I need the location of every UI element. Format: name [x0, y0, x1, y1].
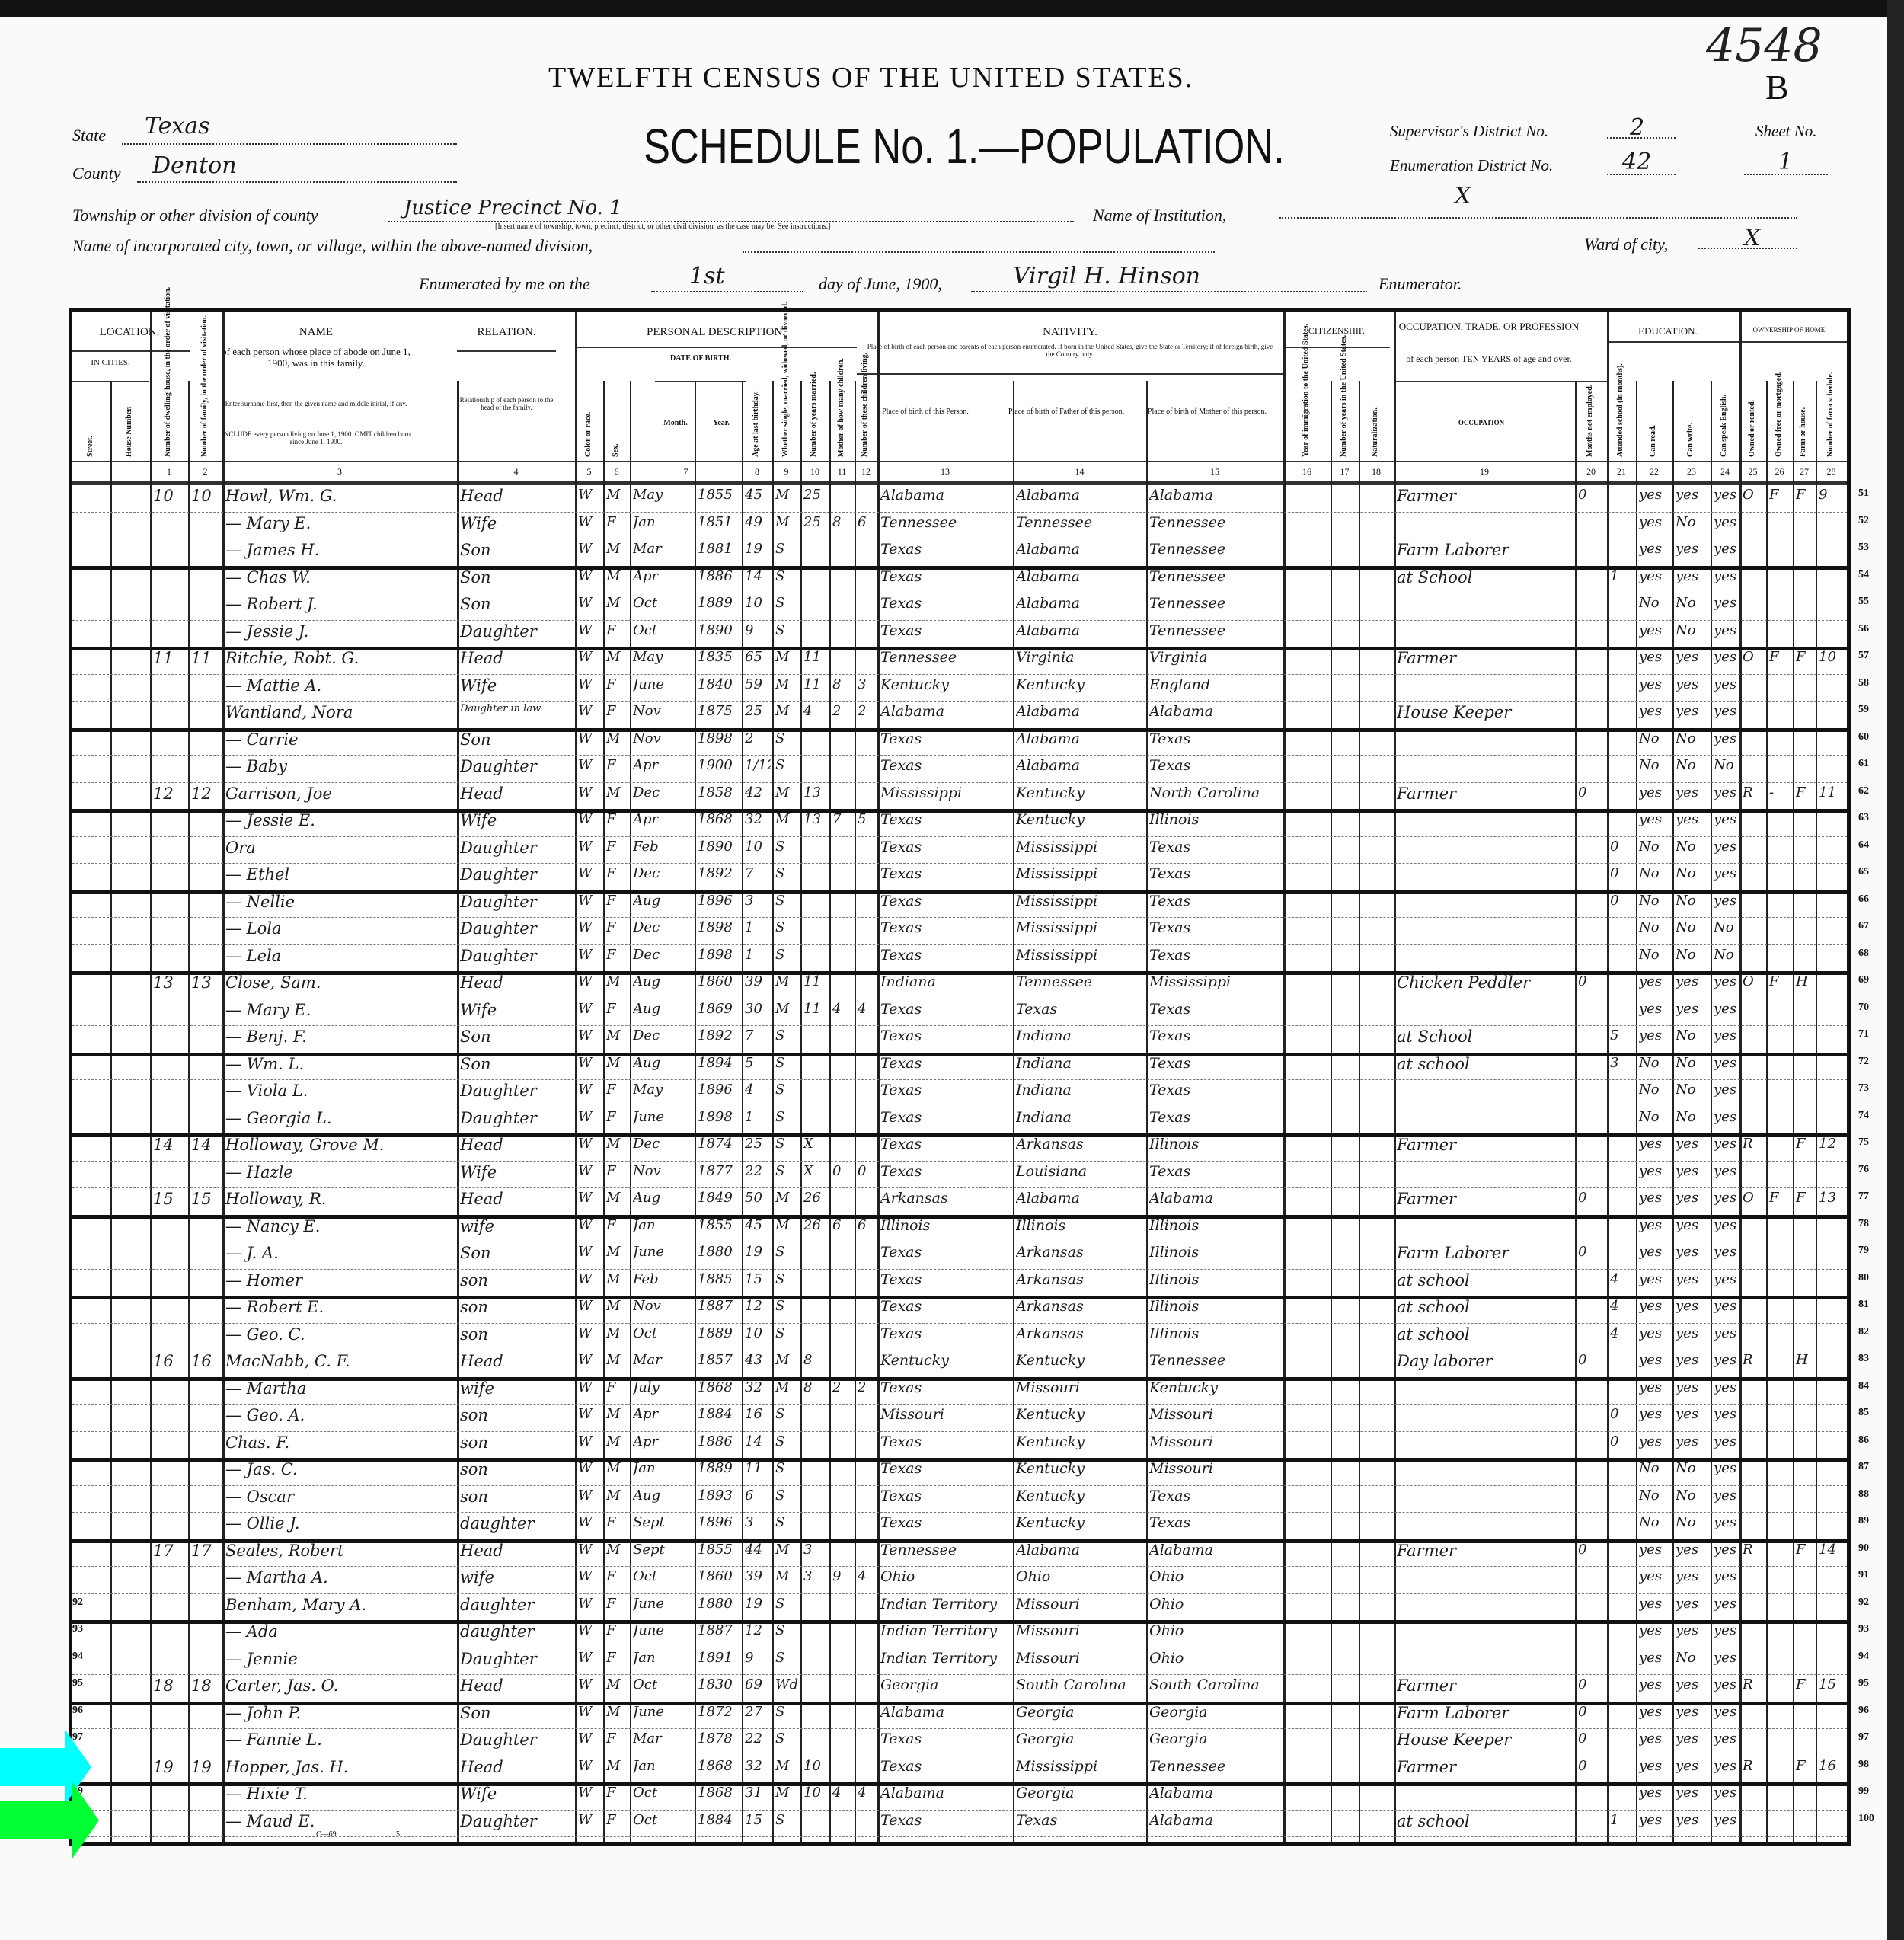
- cell-moc: 8: [832, 676, 853, 692]
- header-school: Attended school (in months).: [1616, 385, 1624, 457]
- cell-pob: Texas: [880, 1758, 1011, 1775]
- cell-pobm: Ohio: [1149, 1622, 1282, 1639]
- cell-sch: 1: [1610, 568, 1634, 584]
- cell-rel: Daughter: [460, 947, 573, 965]
- cell-own: O: [1743, 649, 1765, 665]
- cell-eng: yes: [1714, 1460, 1738, 1476]
- cell-color: W: [578, 811, 602, 827]
- cell-color: W: [578, 676, 602, 692]
- table-row: — Jessie J.DaughterWFOct18909STexasAlaba…: [72, 621, 1847, 651]
- cell-read: yes: [1639, 1190, 1671, 1206]
- form-number: 7-224.: [944, 6, 974, 19]
- cell-age: 44: [745, 1542, 771, 1558]
- cell-name: Garrison, Joe: [225, 785, 455, 803]
- cell-farm: F: [1796, 649, 1814, 665]
- cell-mar: M: [775, 811, 799, 827]
- column-number: 19: [1394, 466, 1575, 478]
- stamp-number: 4548: [1706, 19, 1823, 72]
- header-dob: DATE OF BIRTH.: [655, 354, 746, 363]
- cell-eng: yes: [1714, 1488, 1738, 1504]
- cell-pobf: Mississippi: [1016, 839, 1145, 855]
- cell-unemp: 0: [1578, 973, 1605, 989]
- cell-month: Aug: [633, 1001, 693, 1017]
- cell-age: 39: [745, 973, 771, 989]
- cell-color: W: [578, 487, 602, 503]
- cell-mar: M: [775, 1568, 799, 1584]
- line-number-right: 55: [1858, 596, 1869, 608]
- cell-sex: F: [606, 1001, 628, 1017]
- header-write: Can write.: [1686, 385, 1695, 457]
- cell-read: yes: [1639, 1163, 1671, 1179]
- cell-pobm: Tennessee: [1149, 1352, 1282, 1369]
- cell-pob: Texas: [880, 1460, 1011, 1477]
- cell-eng: yes: [1714, 1136, 1738, 1152]
- cell-name: Hopper, Jas. H.: [225, 1758, 455, 1776]
- cell-pob: Texas: [880, 1271, 1011, 1288]
- cell-sex: M: [606, 1406, 628, 1422]
- cell-mar: S: [775, 1433, 799, 1449]
- cell-write: yes: [1676, 1785, 1709, 1801]
- cell-name: — Nellie: [225, 893, 455, 911]
- cell-mar: S: [775, 1244, 799, 1260]
- cell-write: yes: [1676, 811, 1709, 827]
- cell-eng: yes: [1714, 1271, 1738, 1287]
- cell-year: 1874: [698, 1136, 740, 1152]
- line-number-right: 57: [1858, 650, 1869, 662]
- cell-age: 15: [745, 1271, 771, 1287]
- cell-pob: Alabama: [880, 703, 1011, 720]
- cell-write: yes: [1676, 1568, 1709, 1584]
- sheet-value: 1: [1778, 149, 1793, 175]
- cell-unemp: 0: [1578, 1758, 1605, 1774]
- cell-rel: Head: [460, 1190, 573, 1208]
- cell-rel: Head: [460, 649, 573, 667]
- line-number-right: 77: [1858, 1191, 1869, 1203]
- cell-year: 1896: [698, 1082, 740, 1098]
- header-immigration: Year of immigration to the United States…: [1302, 385, 1310, 457]
- cell-sex: M: [606, 1271, 628, 1287]
- cell-color: W: [578, 1163, 602, 1179]
- cell-mar: S: [775, 1488, 799, 1504]
- cell-pobm: Texas: [1149, 1001, 1282, 1018]
- cell-eng: yes: [1714, 1514, 1738, 1530]
- cell-pobm: Mississippi: [1149, 973, 1282, 990]
- cell-name: — Geo. C.: [225, 1325, 455, 1344]
- cell-unemp: 0: [1578, 1352, 1605, 1368]
- cell-sex: M: [606, 649, 628, 665]
- cell-name: — Geo. A.: [225, 1406, 455, 1424]
- state-label: State: [72, 126, 106, 145]
- line-number-right: 90: [1858, 1542, 1869, 1555]
- cell-month: July: [633, 1379, 693, 1395]
- cell-pob: Indian Territory: [880, 1596, 1011, 1612]
- cell-mar: S: [775, 1325, 799, 1341]
- cell-write: yes: [1676, 1244, 1709, 1260]
- line-number-left: 95: [72, 1677, 83, 1689]
- cell-write: No: [1676, 514, 1709, 530]
- institution-line: [1279, 217, 1797, 219]
- cell-read: No: [1639, 865, 1671, 881]
- cell-pobm: Illinois: [1149, 1325, 1282, 1342]
- line-number-right: 87: [1858, 1461, 1869, 1473]
- column-number: 28: [1816, 466, 1847, 478]
- cell-pobm: Texas: [1149, 947, 1282, 964]
- header-rule: [72, 350, 190, 352]
- cell-name: — Lela: [225, 947, 455, 965]
- cell-pobf: Indiana: [1016, 1109, 1145, 1126]
- cell-eng: yes: [1714, 1406, 1738, 1422]
- cell-eng: yes: [1714, 487, 1738, 503]
- cell-month: Dec: [633, 1136, 693, 1152]
- cell-dw: 16: [153, 1352, 187, 1370]
- cell-sch: 0: [1610, 865, 1634, 881]
- cell-write: yes: [1676, 1379, 1709, 1395]
- cell-sex: M: [606, 1676, 628, 1692]
- cell-own: R: [1743, 1352, 1765, 1368]
- column-number: 25: [1739, 466, 1766, 478]
- cell-farm: F: [1796, 1758, 1814, 1774]
- cell-occ: Farmer: [1397, 487, 1573, 505]
- cell-color: W: [578, 865, 602, 881]
- cell-year: 1835: [698, 649, 740, 665]
- cell-eng: yes: [1714, 785, 1738, 801]
- cell-read: yes: [1639, 1785, 1671, 1801]
- cell-eng: yes: [1714, 514, 1738, 530]
- cell-farm: F: [1796, 1136, 1814, 1152]
- cell-year: 1868: [698, 1379, 740, 1395]
- cell-mar: S: [775, 865, 799, 881]
- cell-pobf: Kentucky: [1016, 1352, 1145, 1369]
- cell-color: W: [578, 1217, 602, 1233]
- cell-pobm: Tennessee: [1149, 514, 1282, 531]
- cell-year: 1880: [698, 1596, 740, 1612]
- cell-name: — Robert J.: [225, 595, 455, 613]
- cell-pobm: Texas: [1149, 730, 1282, 747]
- cell-month: Oct: [633, 1568, 693, 1584]
- cell-eng: No: [1714, 757, 1738, 773]
- cell-write: yes: [1676, 568, 1709, 584]
- table-row: 1313Close, Sam.HeadWMAug186039M11Indiana…: [72, 972, 1847, 999]
- cell-sch: 4: [1610, 1271, 1634, 1287]
- cell-pob: Texas: [880, 1514, 1011, 1531]
- cell-own: R: [1743, 1758, 1765, 1774]
- cell-pob: Texas: [880, 1136, 1011, 1152]
- cell-occ: House Keeper: [1397, 1731, 1573, 1749]
- header-naturalization: Naturalization.: [1371, 385, 1379, 457]
- cell-mar: S: [775, 1082, 799, 1098]
- header-english: Can speak English.: [1720, 385, 1728, 457]
- column-number: 20: [1575, 466, 1607, 478]
- cell-sex: F: [606, 703, 628, 719]
- line-number-right: 95: [1858, 1677, 1869, 1689]
- header-years-married: Number of years married.: [810, 385, 818, 457]
- cell-ym: 26: [803, 1217, 828, 1233]
- cell-pob: Tennessee: [880, 649, 1011, 666]
- column-number: 26: [1766, 466, 1793, 478]
- cell-read: yes: [1639, 1244, 1671, 1260]
- header-year: Year.: [698, 419, 744, 428]
- table-row: — OscarsonWMAug18936STexasKentuckyTexasN…: [72, 1486, 1847, 1513]
- cell-pobm: Texas: [1149, 839, 1282, 855]
- cell-month: Aug: [633, 1488, 693, 1504]
- cell-age: 10: [745, 839, 771, 855]
- cell-age: 43: [745, 1352, 771, 1368]
- cell-pobf: Kentucky: [1016, 1460, 1145, 1477]
- cell-read: yes: [1639, 1812, 1671, 1828]
- cell-pobf: Kentucky: [1016, 785, 1145, 801]
- cell-month: Nov: [633, 1163, 693, 1179]
- cell-month: Aug: [633, 973, 693, 989]
- cell-name: — Lola: [225, 919, 455, 938]
- cell-mar: S: [775, 622, 799, 638]
- cell-year: 1893: [698, 1488, 740, 1504]
- cell-rel: wife: [460, 1217, 573, 1235]
- cell-age: 14: [745, 568, 771, 584]
- table-row: 1919Hopper, Jas. H.HeadWMJan186832M10Tex…: [72, 1756, 1847, 1787]
- header-name: NAME: [221, 326, 411, 339]
- line-number-right: 62: [1858, 785, 1869, 797]
- cell-pob: Texas: [880, 1028, 1011, 1044]
- table-row: — Ollie J.daughterWFSept18963STexasKentu…: [72, 1513, 1847, 1543]
- cell-farm: H: [1796, 1352, 1814, 1368]
- table-row: — Mattie A.WifeWFJune184059M1183Kentucky…: [72, 675, 1847, 702]
- cell-name: — Ollie J.: [225, 1514, 455, 1533]
- cell-pobf: Missouri: [1016, 1622, 1145, 1639]
- line-number-right: 68: [1858, 948, 1869, 960]
- cell-year: 1896: [698, 1514, 740, 1530]
- cell-sex: M: [606, 1460, 628, 1476]
- cell-month: Feb: [633, 1271, 693, 1287]
- cell-age: 1: [745, 919, 771, 935]
- cell-mar: M: [775, 1785, 799, 1801]
- cell-ym: 4: [803, 703, 828, 719]
- column-number: 13: [877, 466, 1013, 478]
- cell-read: yes: [1639, 1704, 1671, 1720]
- cell-month: Sept: [633, 1542, 693, 1558]
- cell-name: — Martha A.: [225, 1568, 455, 1587]
- township-value: Justice Precinct No. 1: [404, 197, 622, 219]
- cell-month: Nov: [633, 703, 693, 719]
- cell-year: 1891: [698, 1650, 740, 1666]
- cell-eng: yes: [1714, 1055, 1738, 1071]
- cell-own: O: [1743, 487, 1765, 503]
- cell-eng: yes: [1714, 1082, 1738, 1098]
- cell-year: 1860: [698, 1568, 740, 1584]
- cell-ym: 13: [803, 785, 828, 801]
- cell-write: yes: [1676, 703, 1709, 719]
- cell-own: R: [1743, 785, 1765, 801]
- cell-sex: M: [606, 1028, 628, 1044]
- cell-month: Oct: [633, 1325, 693, 1341]
- cell-farm: F: [1796, 785, 1814, 801]
- cell-color: W: [578, 1298, 602, 1314]
- cell-age: 2: [745, 730, 771, 746]
- cell-write: yes: [1676, 1163, 1709, 1179]
- cell-pobm: Texas: [1149, 1488, 1282, 1504]
- cell-mar: M: [775, 676, 799, 692]
- cell-eng: No: [1714, 919, 1738, 935]
- cell-eng: yes: [1714, 1650, 1738, 1666]
- line-number-right: 52: [1858, 515, 1869, 527]
- cell-rel: Daughter: [460, 622, 573, 641]
- cell-pobm: Texas: [1149, 1514, 1282, 1531]
- cell-month: Apr: [633, 811, 693, 827]
- cell-pob: Texas: [880, 893, 1011, 909]
- cell-read: yes: [1639, 703, 1671, 719]
- cell-mar: Wd: [775, 1676, 799, 1692]
- cell-rel: Head: [460, 973, 573, 992]
- header-rule: [1607, 341, 1847, 343]
- cell-unemp: 0: [1578, 1190, 1605, 1206]
- cell-write: No: [1676, 1460, 1709, 1476]
- line-number-right: 93: [1858, 1623, 1869, 1635]
- cell-read: yes: [1639, 1028, 1671, 1044]
- cell-pob: Texas: [880, 947, 1011, 964]
- cell-color: W: [578, 1433, 602, 1449]
- cell-pobm: Alabama: [1149, 1190, 1282, 1207]
- cell-sex: F: [606, 1082, 628, 1098]
- cell-write: yes: [1676, 1406, 1709, 1422]
- cell-year: 1898: [698, 947, 740, 963]
- cell-eng: yes: [1714, 676, 1738, 692]
- cell-write: yes: [1676, 1136, 1709, 1152]
- header-occupation-desc: of each person TEN YEARS of age and over…: [1394, 354, 1584, 365]
- cell-pob: Indiana: [880, 973, 1011, 990]
- cell-name: — James H.: [225, 541, 455, 559]
- cell-pob: Texas: [880, 919, 1011, 936]
- state-value: Texas: [145, 113, 210, 139]
- table-row: — JennieDaughterWFJan18919SIndian Territ…: [72, 1648, 1847, 1676]
- cell-month: Jan: [633, 1758, 693, 1774]
- cell-eng: yes: [1714, 1568, 1738, 1584]
- cell-name: — Robert E.: [225, 1298, 455, 1316]
- cell-month: June: [633, 1109, 693, 1125]
- header-month: Month.: [653, 419, 698, 428]
- township-note: [Insert name of township, town, precinct…: [495, 222, 830, 231]
- column-number: 16: [1283, 466, 1331, 478]
- cell-ym: 10: [803, 1785, 828, 1801]
- cell-sex: F: [606, 1568, 628, 1584]
- cell-pobf: Alabama: [1016, 703, 1145, 720]
- line-number-left: 94: [72, 1651, 83, 1663]
- cell-color: W: [578, 568, 602, 584]
- line-number-right: 82: [1858, 1326, 1869, 1338]
- cell-mar: M: [775, 514, 799, 530]
- cell-pobf: South Carolina: [1016, 1676, 1145, 1693]
- enumerated-day: 1st: [689, 263, 725, 289]
- cell-fam: 12: [191, 785, 221, 803]
- cell-color: W: [578, 1731, 602, 1747]
- cell-moc: 9: [832, 1568, 853, 1584]
- cell-age: 27: [745, 1704, 771, 1720]
- cell-sex: M: [606, 1542, 628, 1558]
- cell-eng: yes: [1714, 730, 1738, 746]
- line-number-right: 88: [1858, 1488, 1869, 1501]
- cell-pob: Texas: [880, 811, 1011, 828]
- cell-pobf: Alabama: [1016, 541, 1145, 558]
- cell-read: yes: [1639, 785, 1671, 801]
- cell-year: 1875: [698, 703, 740, 719]
- cell-write: yes: [1676, 1812, 1709, 1828]
- header-sex: Sex.: [612, 385, 620, 457]
- line-number-right: 79: [1858, 1245, 1869, 1257]
- cell-pobm: Tennessee: [1149, 541, 1282, 558]
- header-farm-house: Farm or house.: [1799, 385, 1807, 457]
- cell-occ: Farmer: [1397, 785, 1573, 803]
- line-number-right: 66: [1858, 893, 1869, 906]
- cell-age: 6: [745, 1488, 771, 1504]
- cell-sex: F: [606, 1650, 628, 1666]
- cell-read: No: [1639, 1109, 1671, 1125]
- cell-month: Dec: [633, 1028, 693, 1044]
- cell-pobf: Arkansas: [1016, 1325, 1145, 1342]
- column-number: 12: [855, 466, 877, 478]
- cell-pobf: Virginia: [1016, 649, 1145, 666]
- cell-year: 1894: [698, 1055, 740, 1071]
- cell-year: 1898: [698, 1109, 740, 1125]
- cell-write: No: [1676, 947, 1709, 963]
- cell-cl: 4: [858, 1001, 876, 1017]
- cell-year: 1886: [698, 568, 740, 584]
- cell-eng: yes: [1714, 1785, 1738, 1801]
- cell-read: yes: [1639, 1650, 1671, 1666]
- cell-pob: Texas: [880, 1109, 1011, 1126]
- table-row: Benham, Mary A.daughterWFJune188019SIndi…: [72, 1594, 1847, 1625]
- cell-year: 1860: [698, 973, 740, 989]
- cell-pob: Texas: [880, 622, 1011, 639]
- cell-read: yes: [1639, 487, 1671, 503]
- cell-eng: yes: [1714, 1325, 1738, 1341]
- cell-write: yes: [1676, 1352, 1709, 1368]
- cell-age: 25: [745, 703, 771, 719]
- cell-pob: Indian Territory: [880, 1650, 1011, 1667]
- cell-color: W: [578, 1596, 602, 1612]
- cell-cl: 0: [858, 1163, 876, 1179]
- cell-year: 1830: [698, 1676, 740, 1692]
- cell-age: 22: [745, 1163, 771, 1179]
- cell-sex: M: [606, 1244, 628, 1260]
- cell-dw: 12: [153, 785, 187, 803]
- cell-month: Apr: [633, 1406, 693, 1422]
- cell-mar: S: [775, 568, 799, 584]
- cell-name: Carter, Jas. O.: [225, 1676, 455, 1695]
- cell-write: yes: [1676, 1542, 1709, 1558]
- cell-pobm: Missouri: [1149, 1433, 1282, 1450]
- cell-pobf: Kentucky: [1016, 1488, 1145, 1504]
- cell-year: 1892: [698, 1028, 740, 1044]
- cell-occ: House Keeper: [1397, 703, 1573, 721]
- cell-pob: Texas: [880, 1731, 1011, 1747]
- cell-read: No: [1639, 919, 1671, 935]
- cell-month: Dec: [633, 785, 693, 801]
- table-row: — Robert E.sonWMNov188712STexasArkansasI…: [72, 1296, 1847, 1324]
- cell-moc: 2: [832, 1379, 853, 1395]
- cell-rel: Daughter: [460, 1812, 573, 1830]
- line-number-right: 86: [1858, 1434, 1869, 1446]
- cell-pobf: Mississippi: [1016, 1758, 1145, 1775]
- enumerated-day-line: [651, 291, 803, 292]
- cell-pobm: Alabama: [1149, 1542, 1282, 1558]
- schedule-title: SCHEDULE No. 1.—POPULATION.: [644, 118, 1285, 174]
- cell-pob: Illinois: [880, 1217, 1011, 1234]
- cell-pob: Texas: [880, 1055, 1011, 1072]
- cell-rel: Daughter in law: [460, 703, 573, 714]
- column-number: 4: [457, 466, 575, 478]
- cell-name: — Nancy E.: [225, 1217, 455, 1235]
- table-row: — EthelDaughterWFDec18927STexasMississip…: [72, 864, 1847, 894]
- cell-ym: 25: [803, 487, 828, 503]
- cell-read: No: [1639, 1082, 1671, 1098]
